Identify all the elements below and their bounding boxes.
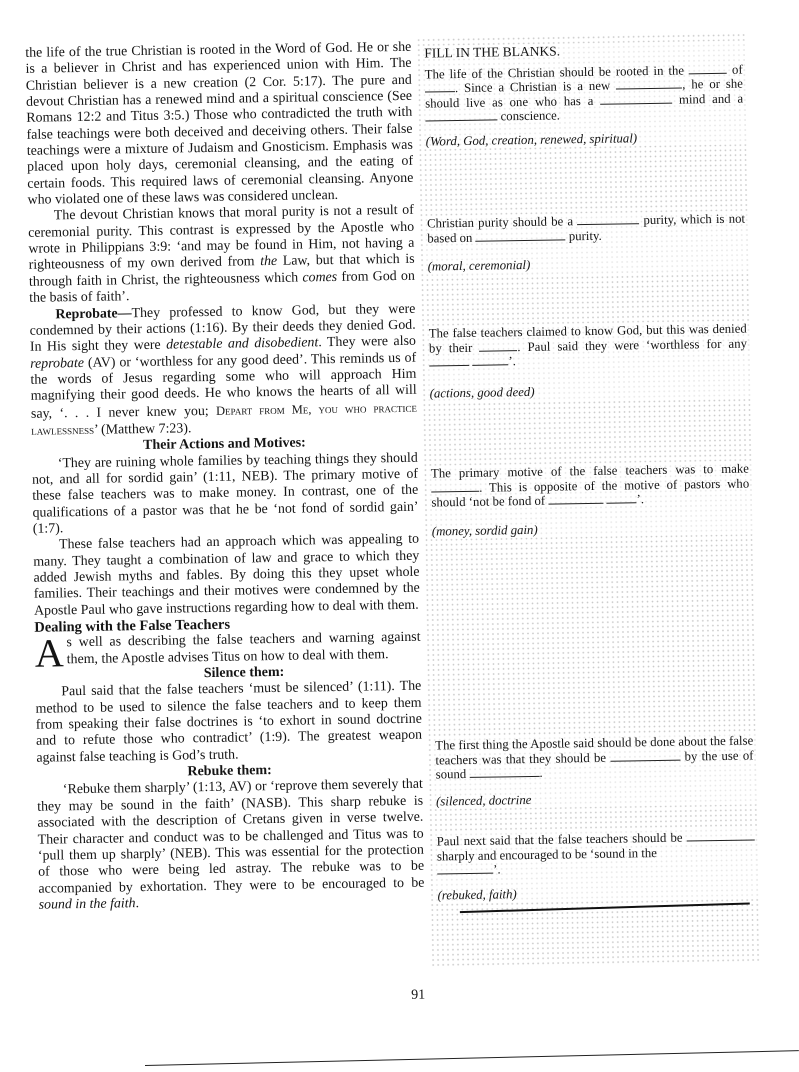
fill-block-5: The first thing the Apostle said should … [433,732,756,809]
blank-field[interactable] [429,355,469,367]
answer-key-2: (moral, ceremonial) [428,255,746,274]
blank-field[interactable] [472,354,508,366]
fill-in-blanks-sidebar: FILL IN THE BLANKS. The life of the Chri… [416,33,761,968]
blank-field[interactable] [437,863,493,875]
main-text-column: the life of the true Christian is rooted… [25,40,425,914]
blank-field[interactable] [577,213,639,225]
answer-key-5: (silenced, doctrine [436,789,754,808]
paragraph-8: ‘Rebuke them sharply’ (1:13, AV) or ‘rep… [37,777,425,914]
fill-block-3: The false teachers claimed to know God, … [427,320,750,401]
blank-field[interactable] [548,493,603,505]
fill-block-2: Christian purity should be a purity, whi… [425,211,748,276]
fill-question-5: The first thing the Apostle said should … [435,733,754,781]
answer-key-6: (rebuked, faith) [437,883,755,902]
book-page: the life of the true Christian is rooted… [0,0,799,1072]
sidebar-heading: FILL IN THE BLANKS. [424,42,742,61]
blank-field[interactable] [425,81,455,92]
paragraph-7: Paul said that the false teachers ‘must … [35,679,422,767]
answer-key-1: (Word, God, creation, renewed, spiritual… [426,129,744,148]
fill-question-2: Christian purity should be a purity, whi… [427,212,745,246]
blank-field[interactable] [475,229,565,241]
blank-field[interactable] [600,92,672,104]
blank-field[interactable] [687,829,755,841]
blank-field[interactable] [606,492,636,503]
paragraph-1: the life of the true Christian is rooted… [25,40,414,209]
paragraph-5: These false teachers had an approach whi… [33,532,420,620]
sidebar-rule [460,903,750,914]
fill-question-3: The false teachers claimed to know God, … [429,322,748,370]
blank-field[interactable] [425,109,497,121]
page-number: 91 [411,988,425,1004]
fill-question-4: The primary motive of the false teachers… [431,462,750,510]
fill-block-6: Paul next said that the false teachers s… [435,828,758,903]
paragraph-4: ‘They are ruining whole families by teac… [32,450,419,538]
blank-field[interactable] [479,340,517,352]
blank-field[interactable] [469,766,539,778]
blank-field[interactable] [610,749,680,761]
reprobate-term: Reprobate— [55,306,131,322]
blank-field[interactable] [689,62,727,74]
fill-block-1: FILL IN THE BLANKS. The life of the Chri… [422,41,746,150]
blank-field[interactable] [616,78,682,90]
blank-field[interactable] [431,480,479,492]
paragraph-reprobate: Reprobate—They professed to know God, bu… [29,301,417,440]
fill-question-6: Paul next said that the false teachers s… [437,829,756,877]
drop-cap: A [34,638,63,670]
answer-key-3: (actions, good deed) [430,381,748,400]
answer-key-4: (money, sordid gain) [432,519,750,538]
fill-block-4: The primary motive of the false teachers… [429,460,752,539]
paragraph-2: The devout Christian knows that moral pu… [28,203,415,307]
fill-question-1: The life of the Christian should be root… [425,62,744,125]
paragraph-6: As well as describing the false teachers… [34,630,420,669]
